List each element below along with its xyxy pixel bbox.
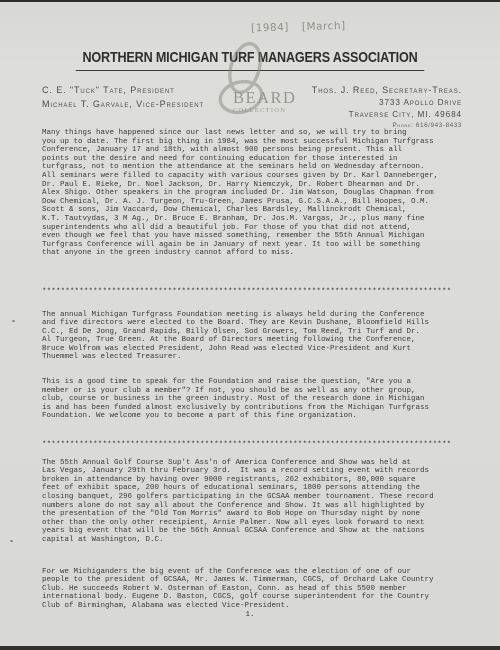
scanned-newsletter-page: [1984][March] NORTHERN MICHIGAN TURF MAN… [0, 0, 500, 650]
scan-speck [12, 320, 15, 322]
body-paragraph-2: The annual Michigan Turfgrass Foundation… [42, 311, 466, 363]
scan-edge-top [0, 0, 500, 2]
asterisk-divider-2: ****************************************… [42, 441, 466, 450]
vice-president-line: Michael T. Garvale, Vice-President [42, 99, 204, 109]
scan-speck [10, 540, 13, 542]
annotation-year: [1984] [251, 21, 289, 34]
address-line-2: Traverse City, MI. 49684 [312, 110, 462, 119]
page-number: 1. [0, 611, 500, 619]
stamp-line-beard: BEARD [233, 90, 296, 107]
letterhead-contact-right: Thos. J. Reed, Secretary-Treas. 3733 Apo… [312, 85, 462, 132]
secretary-treasurer-line: Thos. J. Reed, Secretary-Treas. [312, 85, 462, 95]
annotation-month: [March] [302, 20, 346, 33]
stamp-text: BEARD COLLECTION [233, 90, 296, 114]
letter-body: Many things have happened since our last… [42, 129, 466, 611]
letterhead-officers-left: C. E. "Tuck" Tate, President Michael T. … [42, 85, 204, 113]
body-paragraph-3: This is a good time to speak for the Fou… [42, 378, 466, 421]
asterisk-divider-1: ****************************************… [42, 288, 466, 297]
body-paragraph-1: Many things have happened since our last… [42, 129, 466, 258]
stamp-line-collection: COLLECTION [233, 108, 296, 114]
beard-collection-stamp: BEARD COLLECTION [203, 40, 307, 122]
body-paragraph-4: The 55th Annual Golf Course Sup't Ass'n … [42, 459, 466, 545]
body-paragraph-5: For we Michiganders the big event of the… [42, 568, 466, 611]
phone-line: Phone: 616/943-8433 [312, 122, 462, 129]
scan-edge-bottom [0, 646, 500, 650]
president-line: C. E. "Tuck" Tate, President [42, 85, 204, 95]
address-line-1: 3733 Apollo Drive [312, 98, 462, 107]
handwritten-date-annotation: [1984][March] [251, 20, 359, 35]
